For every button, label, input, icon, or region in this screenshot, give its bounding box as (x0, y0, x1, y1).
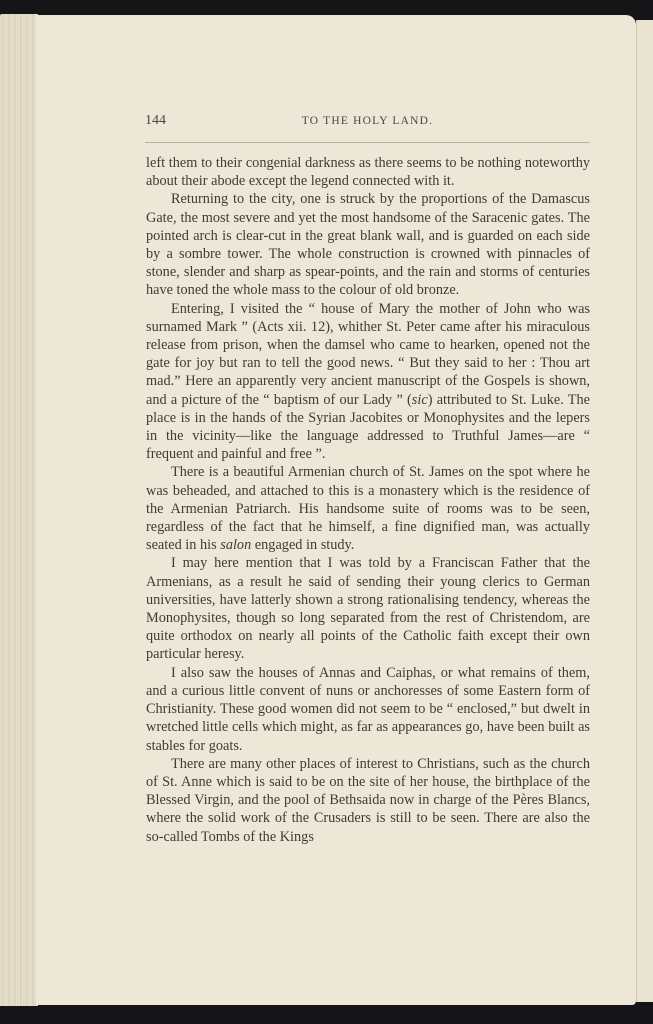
paragraph-continued: left them to their congenial darkness as… (146, 154, 590, 190)
paragraph-annas-caiphas: I also saw the houses of Annas and Caiph… (146, 664, 590, 755)
italic-salon: salon (220, 537, 251, 553)
stacked-page-edges (0, 14, 38, 1010)
paragraph-other-places: There are many other places of interest … (146, 755, 590, 846)
body-text: left them to their congenial darkness as… (146, 154, 590, 846)
paragraph-franciscan-father: I may here mention that I was told by a … (146, 554, 590, 663)
running-title: TO THE HOLY LAND. (145, 115, 590, 127)
italic-sic: sic (412, 392, 428, 408)
scan-background-top (0, 0, 653, 16)
text-segment: engaged in study. (251, 537, 354, 553)
text-segment: There is a beautiful Armenian church of … (146, 464, 590, 553)
facing-page-edge (636, 20, 653, 1002)
scan-background-bottom (0, 1006, 653, 1024)
paragraph-armenian-church: There is a beautiful Armenian church of … (146, 463, 590, 554)
header-rule (145, 142, 590, 143)
paragraph-damascus-gate: Returning to the city, one is struck by … (146, 190, 590, 299)
page-header: 144 TO THE HOLY LAND. (145, 113, 590, 133)
paragraph-house-of-mary: Entering, I visited the “ house of Mary … (146, 300, 590, 464)
